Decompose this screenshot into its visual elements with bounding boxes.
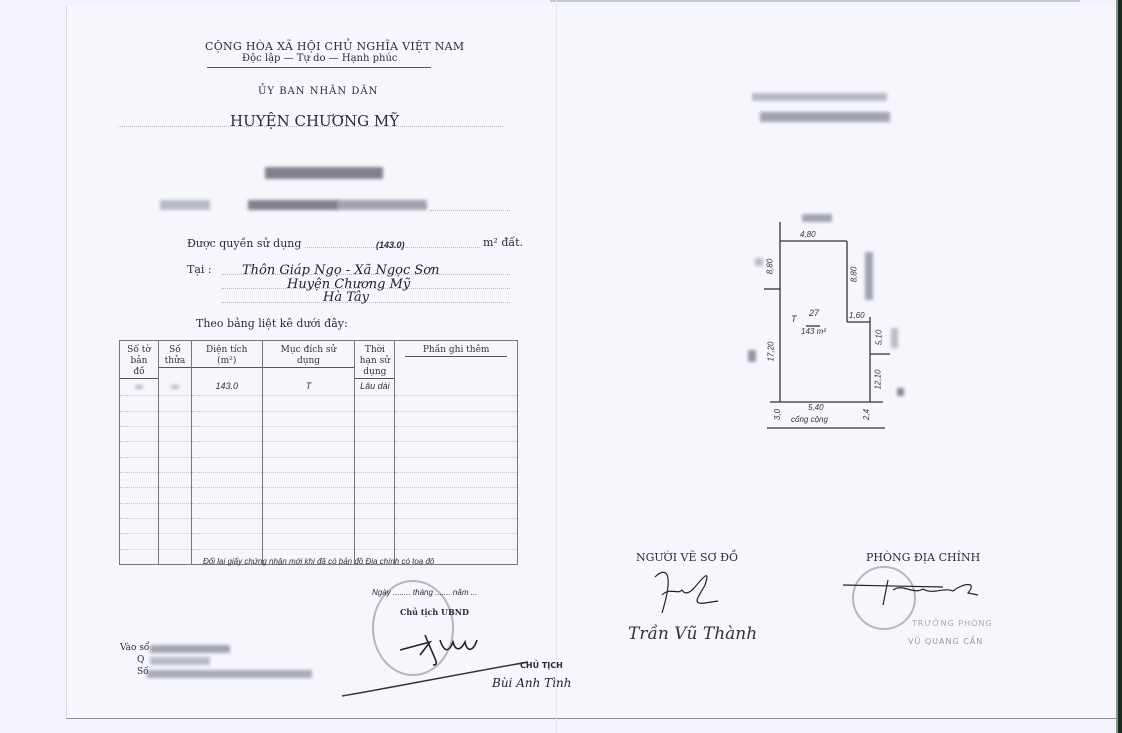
redacted-owner-2 [248,200,338,210]
location-line-3: Hà Tây [323,290,369,305]
table-row [120,488,518,503]
location-line-1: Thôn Giáp Ngọ - Xã Ngọc Sơn [242,263,439,278]
office-head-name: VŨ QUANG CẦN [908,637,983,646]
committee-heading: ỦY BAN NHÂN DÂN [258,86,378,97]
owner-dotline [430,210,510,211]
dim-step: 1,60 [849,311,865,320]
col-header-map-sheet: Số tờ bản đồ [120,341,159,382]
list-intro: Theo bảng liệt kê dưới đây: [196,317,348,330]
chairman-role: CHỦ TỊCH [520,661,563,670]
register-label: Vào sổ [120,643,149,653]
redacted-owner-1 [160,200,210,210]
drawer-title: NGƯỜI VẼ SƠ ĐỒ [636,551,738,564]
dim-bottom: 5,40 [808,403,824,412]
col-header-area: Diện tích (m²) [191,341,262,382]
usage-unit: m² đất. [483,236,523,249]
register-q-label: Q [137,655,144,665]
table-row [120,534,518,549]
table-row [120,396,518,411]
col-header-notes: Phần ghi thêm [395,341,518,382]
dim-right-mid: 5,10 [874,330,883,346]
redacted-register-1 [150,645,230,653]
land-table: Số tờ bản đồ Số thửa Diện tích (m²) Mục … [119,340,518,565]
office-signature-icon [843,575,983,610]
office-role: TRƯỞNG PHÒNG [912,619,993,628]
col-header-term: Thời hạn sử dụng [355,341,395,382]
redacted-neighbor-north [802,214,832,222]
redacted-cert-code [760,112,890,122]
col-header-plot: Số thửa [158,341,191,382]
redacted-register-3 [147,670,312,678]
table-row [120,457,518,472]
date-line: Ngày ........ tháng ....... năm ... [372,588,477,597]
district-heading: HUYỆN CHƯƠNG MỸ [230,112,399,130]
dim-road-width: 2,4 [862,409,871,420]
table-row [120,472,518,487]
dim-right-lower: 12,10 [874,369,883,389]
usage-area: (143.0) [376,240,405,250]
table-row [120,518,518,533]
cell-map-sheet [120,381,159,396]
plot-land-type: T [791,314,797,324]
table-note: Đổi lại giấy chứng nhận mới khi đã có bả… [203,557,434,566]
col-header-purpose: Mục đích sử dụng [262,341,355,382]
table-row [120,503,518,518]
cell-plot [158,381,191,396]
table-header-row: Số tờ bản đồ Số thửa Diện tích (m²) Mục … [120,341,518,382]
page-top-edge [550,0,1080,2]
redacted-cert-number [752,93,887,101]
plot-area: 143 m² [801,327,826,336]
usage-label: Được quyền sử dụng [187,237,301,250]
dim-road-left: 3,0 [773,409,782,420]
redacted-owner-3 [337,200,427,210]
location-label: Tại : [187,263,212,276]
redacted-neighbor-west-1 [755,258,763,266]
redacted-neighbor-east-1 [865,252,873,300]
dim-right-upper: 8,80 [849,267,858,283]
redacted-register-2 [150,657,210,665]
cell-area: 143.0 [191,381,262,396]
office-title: PHÒNG ĐỊA CHÍNH [866,551,980,564]
national-motto: Độc lập — Tự do — Hạnh phúc [242,53,397,64]
plot-number: 27 [809,308,819,318]
dim-left-lower: 17,20 [767,341,776,361]
chairman-title: Chủ tịch UBND [400,607,469,617]
road-label: cống cộng [791,415,828,424]
dim-left-upper: 8,80 [765,259,774,275]
cell-purpose: T [262,381,355,396]
header-rule [207,67,431,68]
cell-notes [395,381,518,396]
table-row [120,442,518,457]
table-row [120,426,518,441]
drawer-name: Trần Vũ Thành [628,624,757,644]
district-dotline [118,126,503,127]
plot-diagram [740,200,910,440]
scan-edge-dark [1118,0,1122,733]
dim-top: 4,80 [800,230,816,239]
drawer-signature-icon [650,565,720,620]
redacted-neighbor-east-3 [897,388,904,396]
table-row [120,411,518,426]
chairman-name: Bùi Anh Tình [492,676,571,690]
redacted-neighbor-west-2 [748,350,756,362]
table-row: 143.0 T Lâu dài [120,381,518,396]
redacted-neighbor-east-2 [891,328,898,348]
republic-heading: CỘNG HÒA XÃ HỘI CHỦ NGHĨA VIỆT NAM [205,40,464,53]
redacted-title [265,167,383,179]
cell-term: Lâu dài [355,381,395,396]
page-fold [556,0,557,733]
